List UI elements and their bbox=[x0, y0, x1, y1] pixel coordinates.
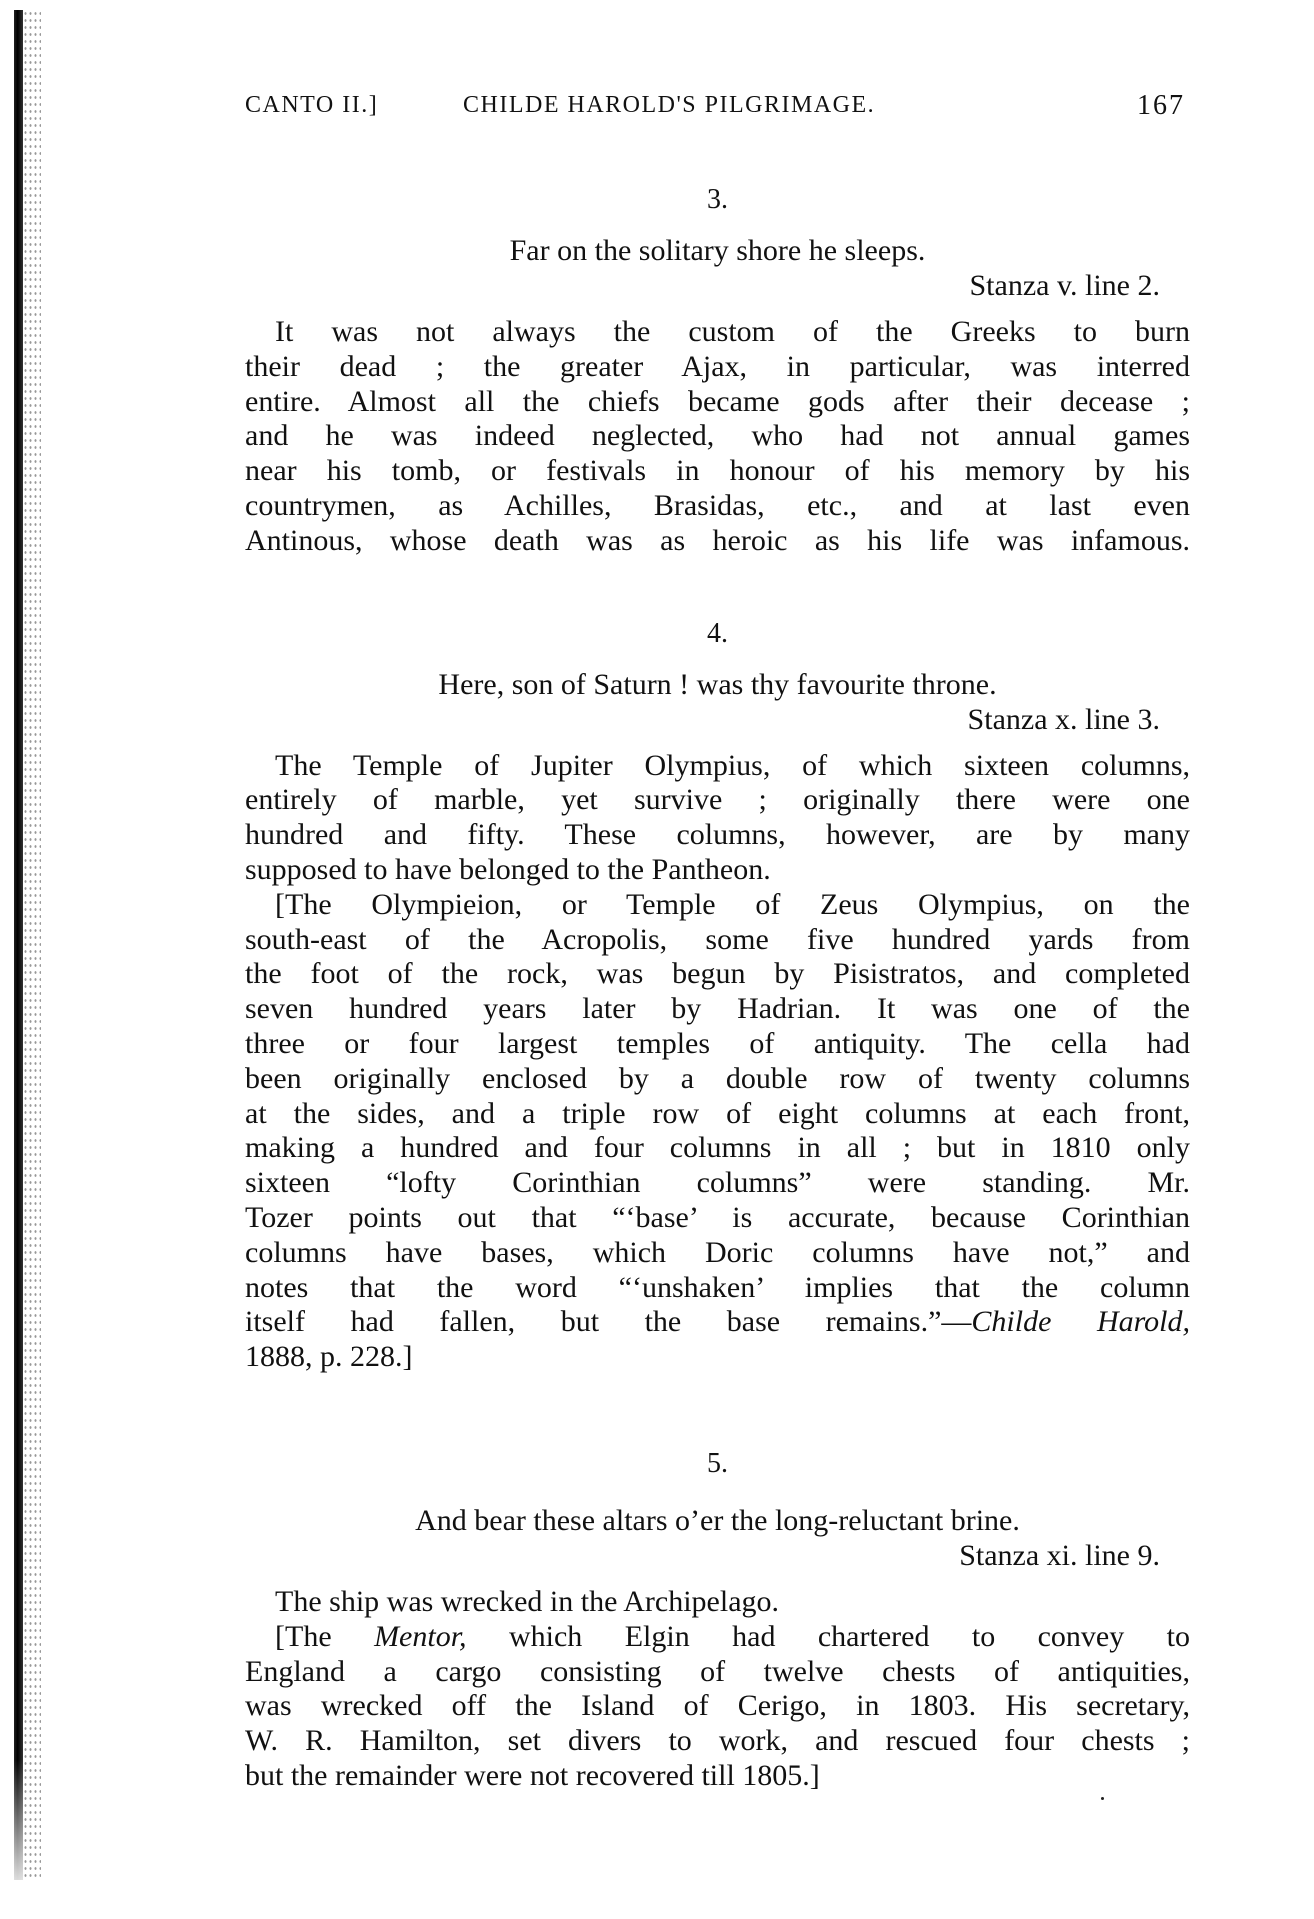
citation-title: Childe Harold, bbox=[971, 1305, 1190, 1338]
note-3: 3. Far on the solitary shore he sleeps. … bbox=[245, 183, 1190, 559]
text-line: The Temple of Jupiter Olympius, of which… bbox=[245, 749, 1190, 784]
note-number: 5. bbox=[245, 1447, 1190, 1481]
text-line: was wrecked off the Island of Cerigo, in… bbox=[245, 1689, 1190, 1724]
text-line: making a hundred and four columns in all… bbox=[245, 1131, 1190, 1166]
note-paragraph: It was not always the custom of the Gree… bbox=[245, 315, 1190, 559]
running-head: CANTO II.] CHILDE HAROLD'S PILGRIMAGE. 1… bbox=[245, 92, 1190, 126]
citation-prefix: itself had fallen, but the base remains.… bbox=[245, 1305, 971, 1338]
text-line: three or four largest temples of antiqui… bbox=[245, 1027, 1190, 1062]
note-quote: And bear these altars o’er the long-relu… bbox=[245, 1503, 1190, 1538]
stanza-reference: Stanza v. line 2. bbox=[245, 268, 1190, 303]
text-line: The ship was wrecked in the Archipelago. bbox=[245, 1585, 1190, 1620]
text-line: and he was indeed neglected, who had not… bbox=[245, 419, 1190, 454]
text-line: Tozer points out that “‘base’ is accurat… bbox=[245, 1201, 1190, 1236]
text-line: the foot of the rock, was begun by Pisis… bbox=[245, 957, 1190, 992]
running-head-canto: CANTO II.] bbox=[245, 92, 378, 119]
text-line: near his tomb, or festivals in honour of… bbox=[245, 454, 1190, 489]
page-number: 167 bbox=[1137, 90, 1185, 122]
editor-note-paragraph: [The Mentor, which Elgin had chartered t… bbox=[245, 1620, 1190, 1794]
note-4: 4. Here, son of Saturn ! was thy favouri… bbox=[245, 617, 1190, 1375]
stanza-reference: Stanza x. line 3. bbox=[245, 702, 1190, 737]
binding-shadow-speckle bbox=[23, 10, 41, 1880]
text-line-with-citation: itself had fallen, but the base remains.… bbox=[245, 1305, 1190, 1340]
print-speck bbox=[1101, 1797, 1104, 1800]
text-line: but the remainder were not recovered til… bbox=[245, 1759, 1190, 1794]
ship-name: Mentor, bbox=[374, 1620, 467, 1653]
text-line: at the sides, and a triple row of eight … bbox=[245, 1097, 1190, 1132]
note-quote: Far on the solitary shore he sleeps. bbox=[245, 233, 1190, 268]
binding-fade bbox=[14, 1760, 23, 1900]
text-line: entirely of marble, yet survive ; origin… bbox=[245, 783, 1190, 818]
text-line: [The Olympieion, or Temple of Zeus Olymp… bbox=[245, 888, 1190, 923]
text-line: Antinous, whose death was as heroic as h… bbox=[245, 524, 1190, 559]
note-number: 4. bbox=[245, 617, 1190, 651]
text-fragment: [The bbox=[275, 1620, 374, 1653]
text-line: England a cargo consisting of twelve che… bbox=[245, 1655, 1190, 1690]
text-fragment: which Elgin had chartered to convey to bbox=[467, 1620, 1190, 1653]
editor-note-paragraph: [The Olympieion, or Temple of Zeus Olymp… bbox=[245, 888, 1190, 1375]
page-body: 3. Far on the solitary shore he sleeps. … bbox=[245, 183, 1190, 1794]
text-line: south-east of the Acropolis, some five h… bbox=[245, 923, 1190, 958]
text-line: sixteen “lofty Corinthian columns” were … bbox=[245, 1166, 1190, 1201]
text-line: entire. Almost all the chiefs became god… bbox=[245, 385, 1190, 420]
text-line: hundred and fifty. These columns, howeve… bbox=[245, 818, 1190, 853]
book-binding-edge bbox=[14, 10, 23, 1880]
text-line: seven hundred years later by Hadrian. It… bbox=[245, 992, 1190, 1027]
text-line: been originally enclosed by a double row… bbox=[245, 1062, 1190, 1097]
stanza-reference: Stanza xi. line 9. bbox=[245, 1538, 1190, 1573]
note-5: 5. And bear these altars o’er the long-r… bbox=[245, 1447, 1190, 1794]
text-line: W. R. Hamilton, set divers to work, and … bbox=[245, 1724, 1190, 1759]
text-line: their dead ; the greater Ajax, in partic… bbox=[245, 350, 1190, 385]
text-line: 1888, p. 228.] bbox=[245, 1340, 1190, 1375]
text-line-with-ship-name: [The Mentor, which Elgin had chartered t… bbox=[245, 1620, 1190, 1655]
note-paragraph: The ship was wrecked in the Archipelago. bbox=[245, 1585, 1190, 1620]
text-line: columns have bases, which Doric columns … bbox=[245, 1236, 1190, 1271]
text-line: supposed to have belonged to the Pantheo… bbox=[245, 853, 1190, 888]
note-number: 3. bbox=[245, 183, 1190, 217]
note-quote: Here, son of Saturn ! was thy favourite … bbox=[245, 667, 1190, 702]
text-line: notes that the word “‘unshaken’ implies … bbox=[245, 1271, 1190, 1306]
note-paragraph: The Temple of Jupiter Olympius, of which… bbox=[245, 749, 1190, 888]
text-line: countrymen, as Achilles, Brasidas, etc.,… bbox=[245, 489, 1190, 524]
text-line: It was not always the custom of the Gree… bbox=[245, 315, 1190, 350]
running-head-title: CHILDE HAROLD'S PILGRIMAGE. bbox=[463, 92, 875, 119]
